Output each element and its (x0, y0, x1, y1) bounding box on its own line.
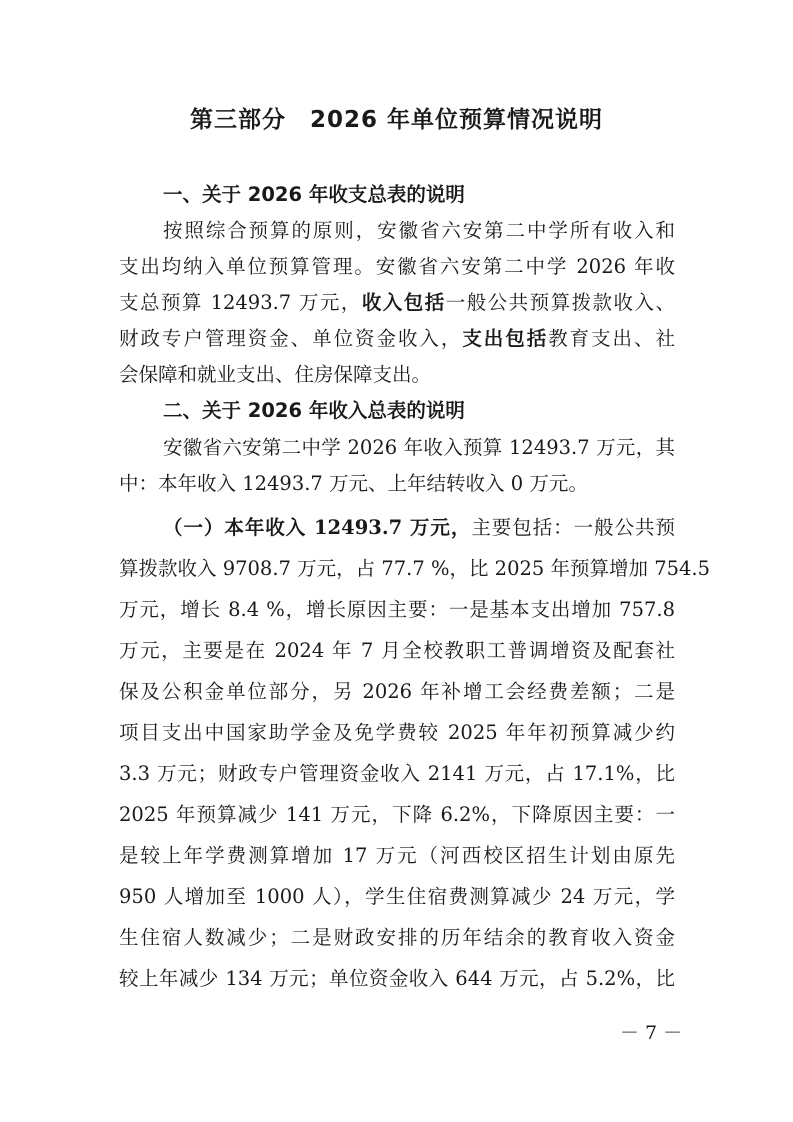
paragraph-line: 中：本年收入 12493.7 万元、上年结转收入 0 万元。 (119, 469, 675, 499)
paragraph-line: 算拨款收入 9708.7 万元，占 77.7 %，比 2025 年预算增加 75… (119, 554, 675, 584)
text-run: 主要包括：一般公共预 (471, 516, 675, 539)
paragraph-line: 万元，增长 8.4 %，增长原因主要：一是基本支出增加 757.8 (119, 595, 675, 625)
paragraph-line: 万元，主要是在 2024 年 7 月全校教职工普调增资及配套社 (119, 636, 675, 666)
paragraph-line: 2025 年预算减少 141 万元，下降 6.2%，下降原因主要：一 (119, 800, 675, 830)
paragraph-line: 保及公积金单位部分，另 2026 年补增工会经费差额；二是 (119, 677, 675, 707)
paragraph-line: 是较上年学费测算增加 17 万元（河西校区招生计划由原先 (119, 841, 675, 871)
paragraph-line: 项目支出中国家助学金及免学费较 2025 年年初预算减少约 (119, 718, 675, 748)
text-run: 一般公共预算拨款收入、 (446, 291, 675, 314)
text-run: 教育支出、社 (548, 327, 675, 350)
page-number: － 7 － (620, 1018, 682, 1045)
paragraph-line: 安徽省六安第二中学 2026 年收入预算 12493.7 万元，其 (163, 433, 675, 463)
paragraph-line: 较上年减少 134 万元；单位资金收入 644 万元，占 5.2%，比 (119, 964, 675, 994)
paragraph-line: 按照综合预算的原则，安徽省六安第二中学所有收入和 (163, 216, 675, 246)
bold-text: 支出包括 (462, 327, 548, 350)
section-heading-1: 一、关于 2026 年收支总表的说明 (163, 180, 465, 210)
document-page: 第三部分 2026 年单位预算情况说明 一、关于 2026 年收支总表的说明 按… (0, 0, 793, 1122)
paragraph-line: 会保障和就业支出、住房保障支出。 (119, 360, 675, 390)
paragraph-line: 财政专户管理资金、单位资金收入，支出包括教育支出、社 (119, 324, 675, 354)
section-heading-2: 二、关于 2026 年收入总表的说明 (163, 396, 465, 426)
paragraph-line: 支出均纳入单位预算管理。安徽省六安第二中学 2026 年收 (119, 252, 675, 282)
paragraph-line: 3.3 万元；财政专户管理资金收入 2141 万元，占 17.1%，比 (119, 759, 675, 789)
page-title: 第三部分 2026 年单位预算情况说明 (0, 101, 793, 134)
bold-text: 收入包括 (362, 291, 446, 314)
paragraph-line: 950 人增加至 1000 人），学生住宿费测算减少 24 万元，学 (119, 882, 675, 912)
paragraph-line: 生住宿人数减少；二是财政安排的历年结余的教育收入资金 (119, 923, 675, 953)
subsection-lead-line: （一）本年收入 12493.7 万元，主要包括：一般公共预 (163, 513, 675, 543)
paragraph-line: 支总预算 12493.7 万元，收入包括一般公共预算拨款收入、 (119, 288, 675, 318)
bold-text: （一）本年收入 12493.7 万元， (163, 516, 471, 539)
text-run: 财政专户管理资金、单位资金收入， (119, 327, 462, 350)
text-run: 支总预算 12493.7 万元， (119, 291, 362, 314)
